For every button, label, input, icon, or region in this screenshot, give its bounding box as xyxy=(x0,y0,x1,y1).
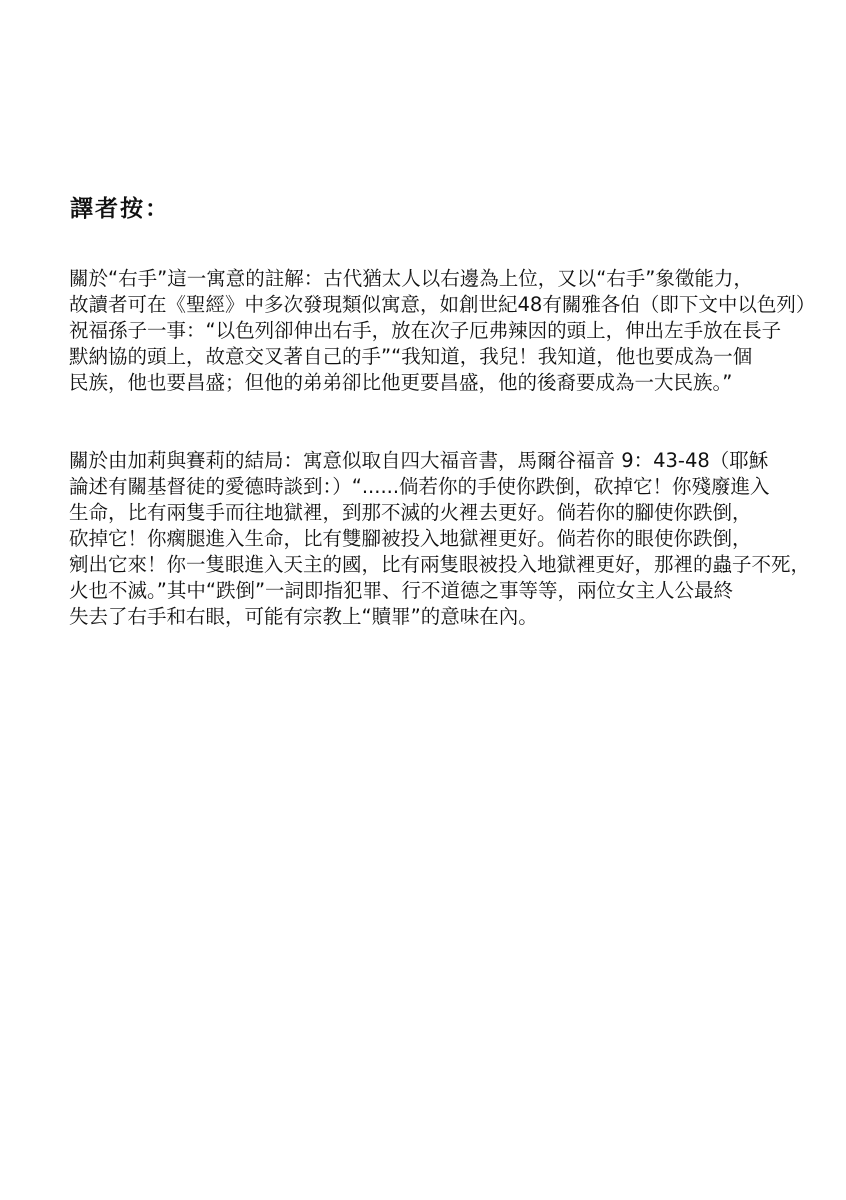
text-line: 關於“右手”這一寓意的註解：古代猶太人以右邊為上位，又以“右手”象徵能力， xyxy=(69,266,815,292)
text-line: 故讀者可在《聖經》中多次發現類似寓意，如創世紀48有關雅各伯（即下文中以色列） xyxy=(69,292,815,318)
text-line: 火也不滅。”其中“跌倒”一詞即指犯罪、行不道德之事等等，兩位女主人公最終 xyxy=(69,578,810,604)
text-line: 失去了右手和右眼，可能有宗教上“贖罪”的意味在內。 xyxy=(69,604,810,630)
text-line: 論述有關基督徒的愛德時談到：）“......倘若你的手使你跌倒，砍掉它！你殘廢進… xyxy=(69,474,810,500)
text-line: 祝福孫子一事：“以色列卻伸出右手，放在次子厄弗辣因的頭上，伸出左手放在長子 xyxy=(69,318,815,344)
text-line: 默納協的頭上，故意交叉著自己的手”“我知道，我兒！我知道，他也要成為一個 xyxy=(69,344,815,370)
text-line: 民族，他也要昌盛；但他的弟弟卻比他更要昌盛，他的後裔要成為一大民族。” xyxy=(69,370,815,396)
text-line: 生命，比有兩隻手而往地獄裡，到那不滅的火裡去更好。倘若你的腳使你跌倒， xyxy=(69,500,810,526)
page-title: 譯者按： xyxy=(70,190,170,223)
text-line: 剜出它來！你一隻眼進入天主的國，比有兩隻眼被投入地獄裡更好，那裡的蟲子不死， xyxy=(69,552,810,578)
paragraph-right-hand-note: 關於“右手”這一寓意的註解：古代猶太人以右邊為上位，又以“右手”象徵能力， 故讀… xyxy=(69,266,815,396)
paragraph-ending-note: 關於由加莉與賽莉的結局：寓意似取自四大福音書，馬爾谷福音 9：43-48（耶穌 … xyxy=(69,448,810,630)
text-line: 關於由加莉與賽莉的結局：寓意似取自四大福音書，馬爾谷福音 9：43-48（耶穌 xyxy=(69,448,810,474)
text-line: 砍掉它！你瘸腿進入生命，比有雙腳被投入地獄裡更好。倘若你的眼使你跌倒， xyxy=(69,526,810,552)
